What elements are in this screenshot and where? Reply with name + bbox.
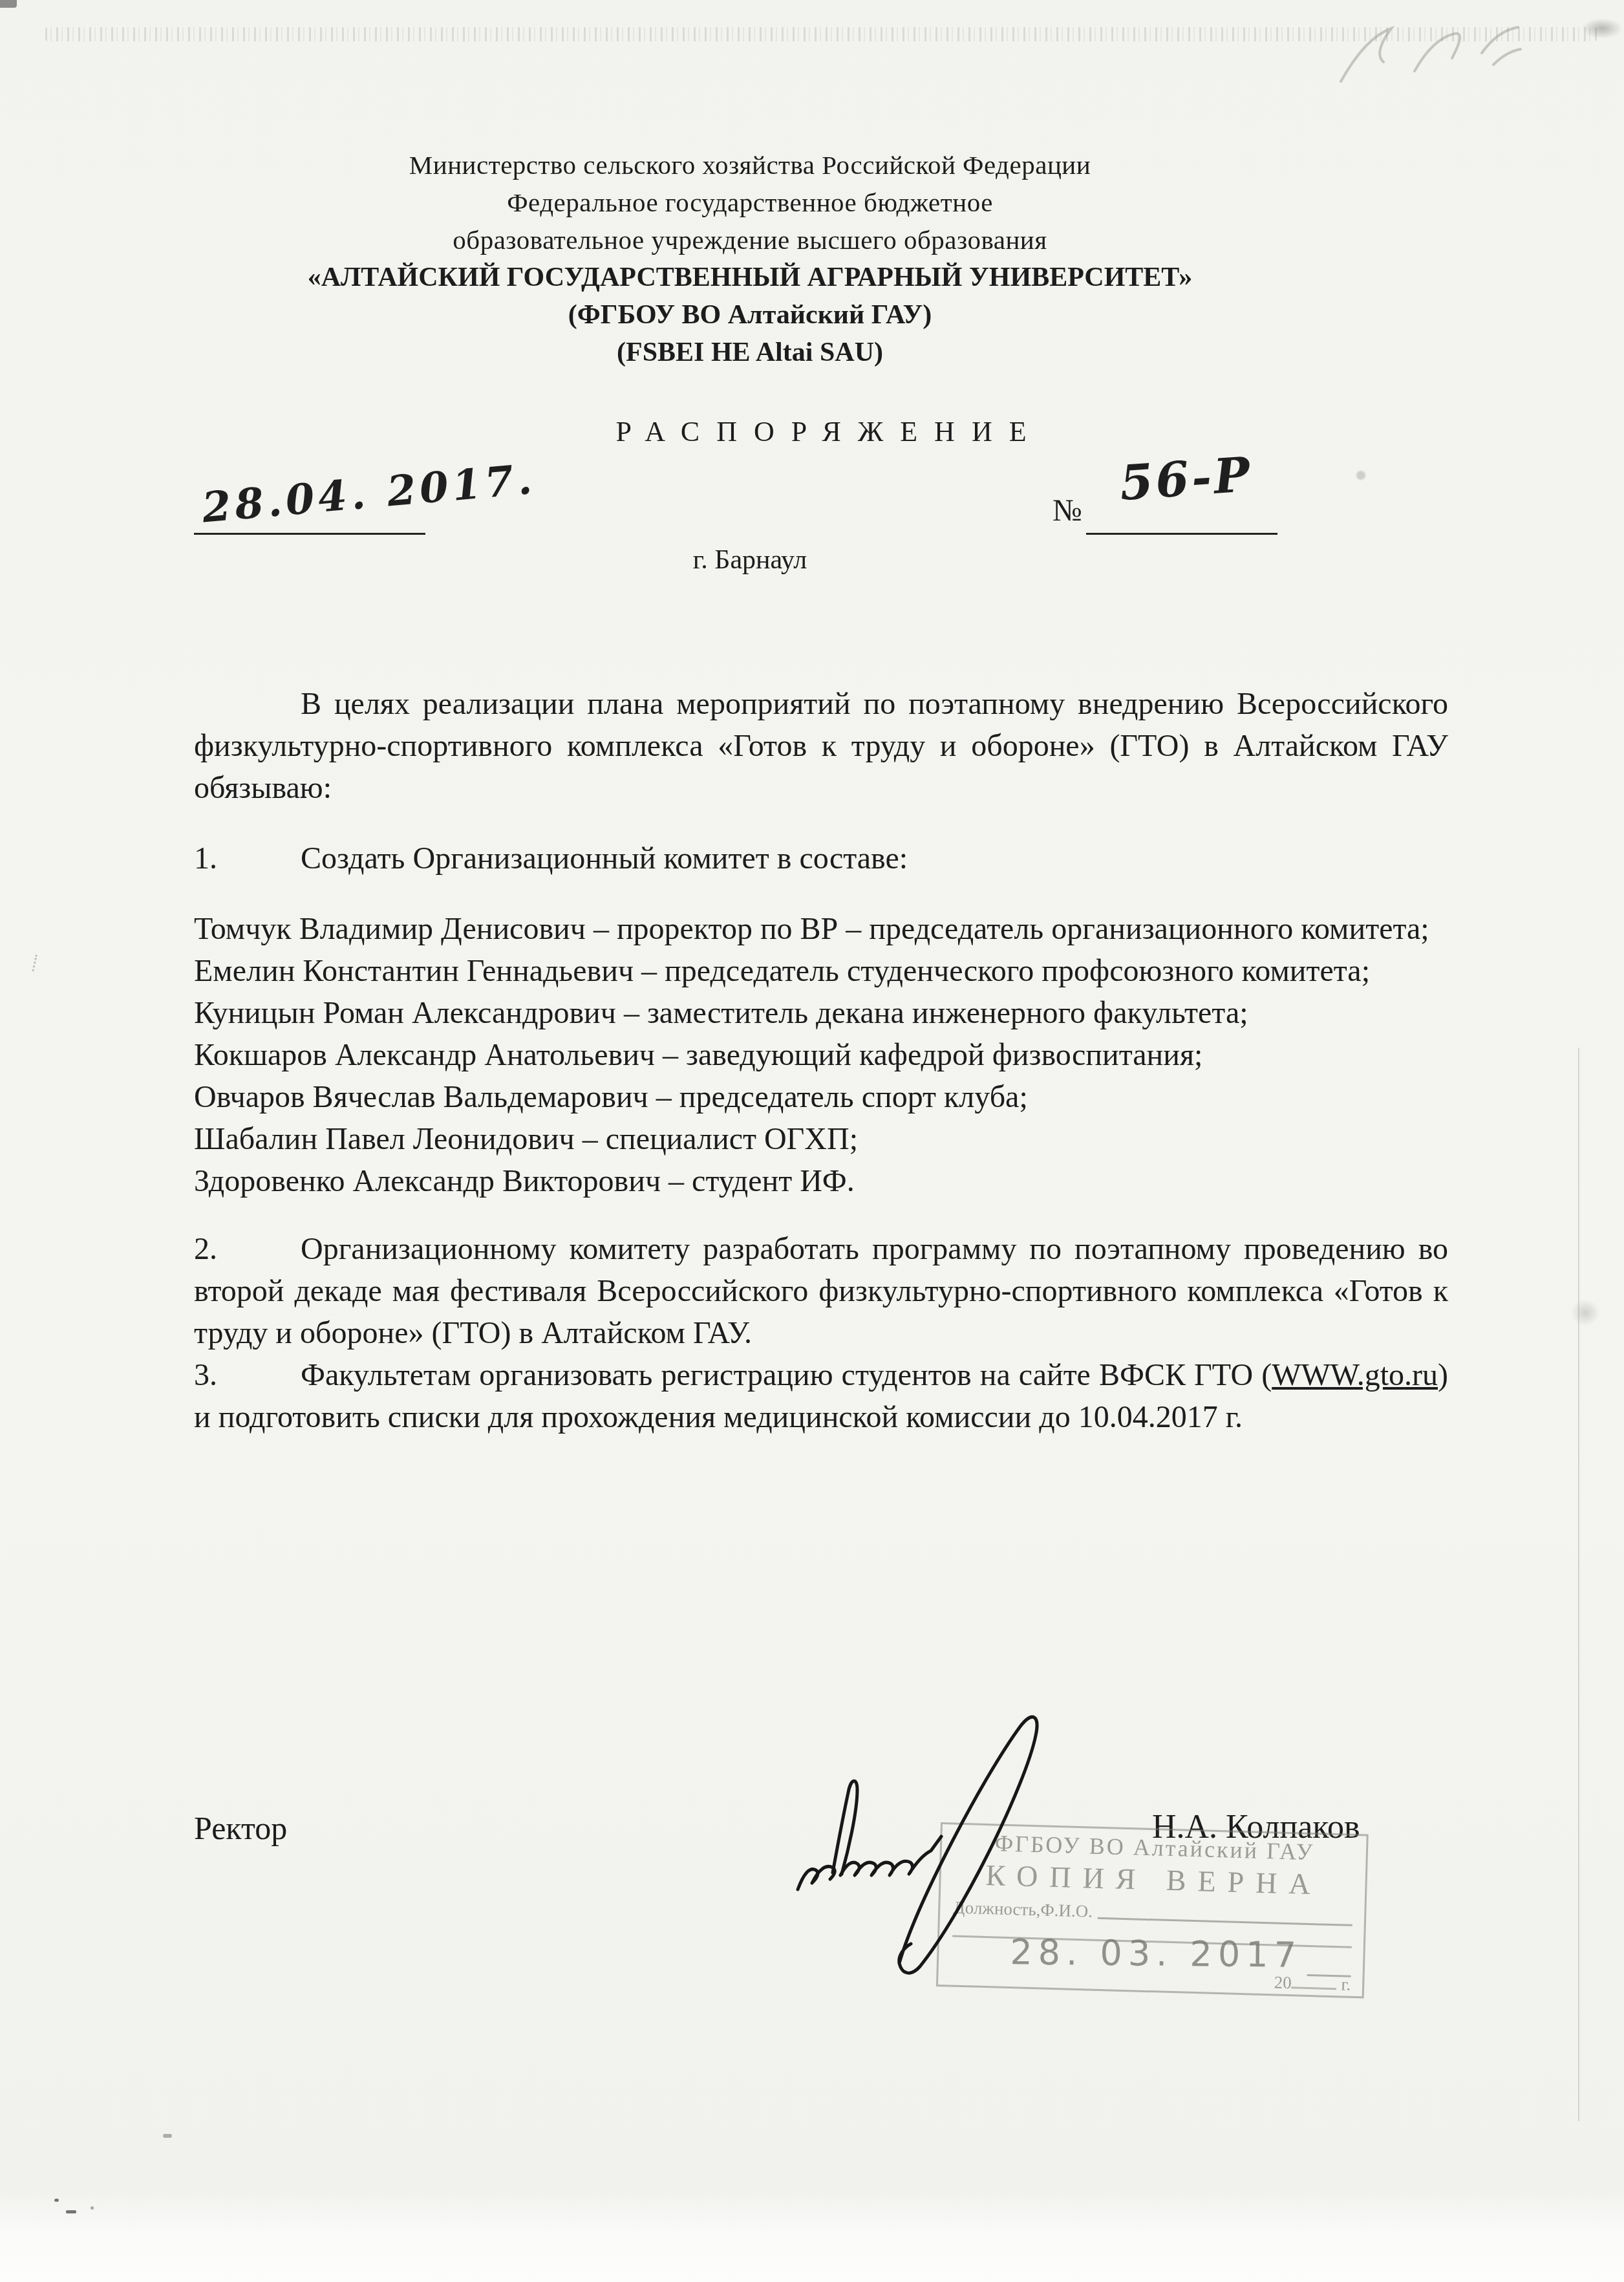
member-row: Томчук Владимир Денисович – проректор по… bbox=[194, 908, 1448, 950]
handwritten-date: 28.04. 2017. bbox=[200, 455, 538, 533]
institution-line-1: Федеральное государственное бюджетное bbox=[0, 184, 1500, 221]
member-row: Овчаров Вячеслав Вальдемарович – председ… bbox=[194, 1076, 1448, 1118]
scan-speck bbox=[91, 2206, 94, 2210]
document-body: В целях реализации плана мероприятий по … bbox=[194, 683, 1448, 1438]
member-row: Здоровенко Александр Викторович – студен… bbox=[194, 1160, 1448, 1202]
item-1-text: Создать Организационный комитет в состав… bbox=[301, 841, 908, 876]
handwritten-signature bbox=[743, 1681, 1067, 2005]
item-2: 2.Организационному комитету разработать … bbox=[194, 1228, 1448, 1354]
item-1: 1.Создать Организационный комитет в сост… bbox=[194, 837, 1448, 879]
university-abbr-en: (FSBEI HE Altai SAU) bbox=[0, 334, 1500, 371]
item-3: 3.Факультетам организовать регистрацию с… bbox=[194, 1354, 1448, 1438]
city-line: г. Барнаул bbox=[0, 544, 1500, 576]
date-underline bbox=[194, 533, 425, 535]
scan-corner-mark bbox=[0, 0, 17, 8]
stamp-year-prefix: 20 bbox=[1274, 1973, 1292, 1993]
scan-smudge bbox=[1570, 1298, 1601, 1327]
item-1-number: 1. bbox=[194, 837, 301, 879]
university-name: «АЛТАЙСКИЙ ГОСУДАРСТВЕННЫЙ АГРАРНЫЙ УНИВ… bbox=[0, 259, 1500, 296]
stamp-year-blank bbox=[1291, 1975, 1337, 1990]
scan-speck bbox=[66, 2210, 76, 2213]
university-abbr-ru: (ФГБОУ ВО Алтайский ГАУ) bbox=[0, 296, 1500, 334]
item-3-text-prefix: Факультетам организовать регистрацию сту… bbox=[301, 1358, 1272, 1392]
number-sign: № bbox=[1052, 493, 1082, 528]
member-row: Шабалин Павел Леонидович – специалист ОГ… bbox=[194, 1118, 1448, 1160]
scan-edge-smear bbox=[1581, 18, 1623, 39]
scan-fold-line bbox=[1578, 1048, 1579, 2121]
item-2-text: Организационному комитету разработать пр… bbox=[194, 1232, 1448, 1350]
scan-speck bbox=[1356, 471, 1365, 480]
number-underline bbox=[1086, 533, 1277, 535]
scan-speck bbox=[163, 2134, 172, 2138]
handwritten-number: 56-Р bbox=[1118, 447, 1254, 511]
scan-speck bbox=[54, 2199, 59, 2202]
item-3-number: 3. bbox=[194, 1354, 301, 1396]
member-row: Кокшаров Александр Анатольевич – заведую… bbox=[194, 1034, 1448, 1076]
intro-paragraph: В целях реализации плана мероприятий по … bbox=[194, 683, 1448, 809]
member-row: Емелин Константин Геннадьевич – председа… bbox=[194, 950, 1448, 992]
gto-site-link: WWW.gto.ru bbox=[1272, 1358, 1438, 1392]
pencil-scribble-marks bbox=[1332, 19, 1539, 91]
member-row: Куницын Роман Александрович – заместител… bbox=[194, 992, 1448, 1034]
signer-position: Ректор bbox=[194, 1809, 287, 1847]
institution-line-2: образовательное учреждение высшего образ… bbox=[0, 221, 1500, 259]
margin-mark bbox=[32, 954, 48, 974]
document-title: РАСПОРЯЖЕНИЕ bbox=[194, 415, 1448, 448]
letterhead: Министерство сельского хозяйства Российс… bbox=[0, 146, 1500, 371]
ministry-line: Министерство сельского хозяйства Российс… bbox=[0, 146, 1500, 184]
scanned-document-page: Министерство сельского хозяйства Российс… bbox=[0, 0, 1624, 2282]
stamp-year-suffix: г. bbox=[1341, 1974, 1351, 1994]
item-2-number: 2. bbox=[194, 1228, 301, 1270]
